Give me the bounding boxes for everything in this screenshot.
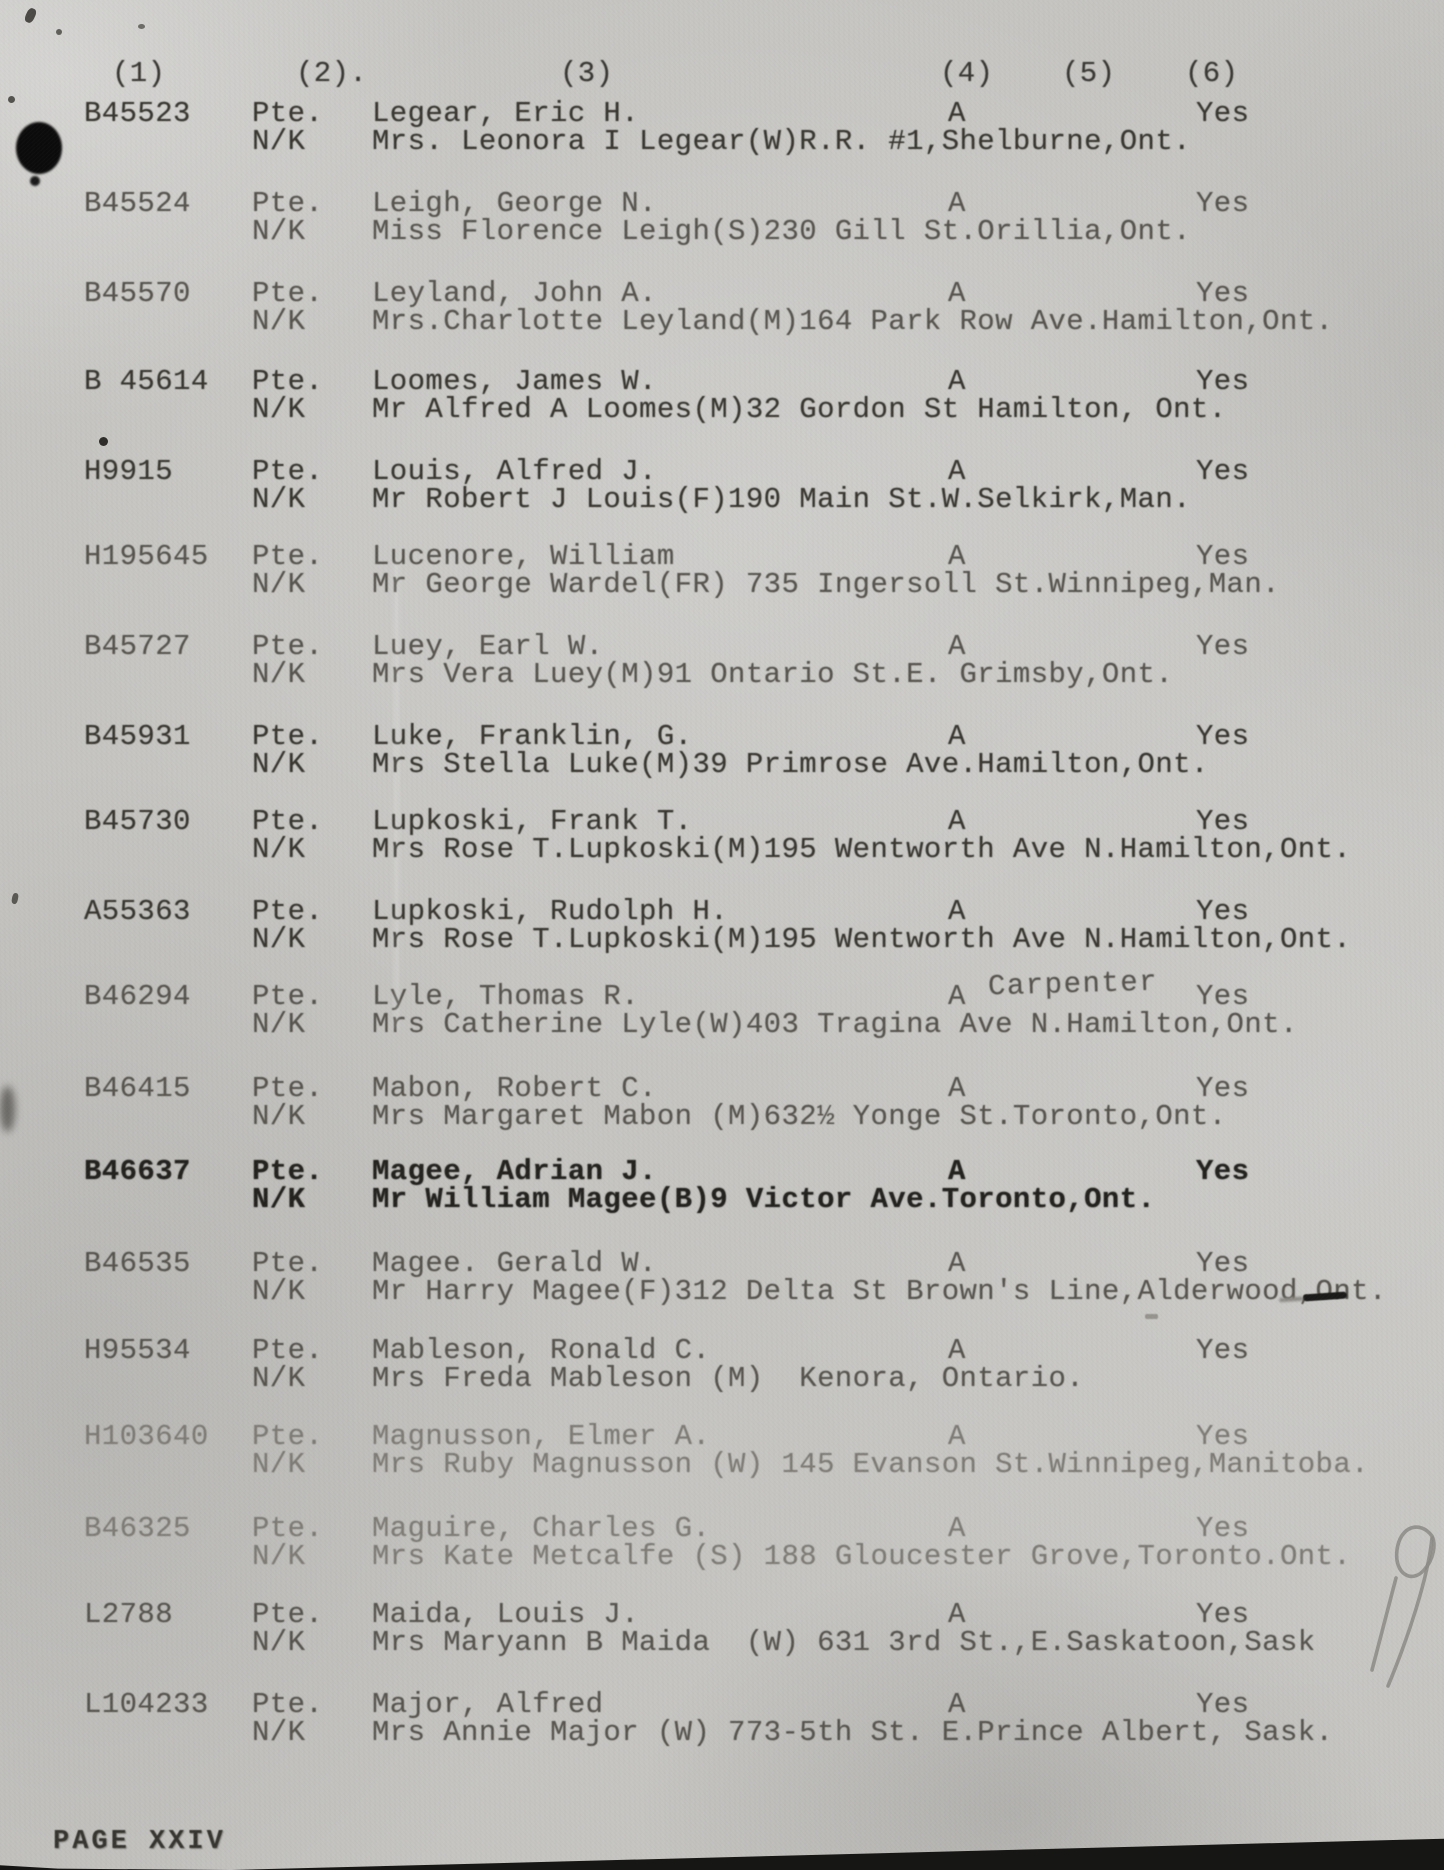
service-number: A55363: [84, 895, 191, 928]
nok-label: N/K: [252, 305, 305, 338]
nok-address: Mr Robert J Louis(F)190 Main St.W.Selkir…: [372, 483, 1191, 516]
nok-address: Mr Alfred A Loomes(M)32 Gordon St Hamilt…: [372, 393, 1227, 426]
nok-label: N/K: [252, 1275, 305, 1308]
roster-entry: A55363Pte.Lupkoski, Rudolph H.AYesN/KMrs…: [0, 895, 1444, 959]
paper-crease: [395, 560, 398, 1030]
nok-label: N/K: [252, 125, 305, 158]
nok-label: N/K: [252, 1008, 305, 1041]
overseas-flag: Yes: [1196, 1155, 1249, 1188]
service-number: B45523: [84, 97, 191, 130]
service-number: L104233: [84, 1688, 209, 1721]
nok-label: N/K: [252, 1716, 305, 1749]
pencil-speck: [1145, 1314, 1158, 1319]
roster-entry: L2788Pte.Maida, Louis J.AYesN/KMrs Marya…: [0, 1598, 1444, 1662]
ink-speck: [138, 24, 145, 29]
service-number: H9915: [84, 455, 173, 488]
ink-speck: [56, 29, 62, 35]
service-number: H195645: [84, 540, 209, 573]
roster-entry: B46294Pte.Lyle, Thomas R.ACarpenterYesN/…: [0, 980, 1444, 1044]
roster-entry: B45570Pte.Leyland, John A.AYesN/KMrs.Cha…: [0, 277, 1444, 341]
roster-entry: H95534Pte.Mableson, Ronald C.AYesN/KMrs …: [0, 1334, 1444, 1398]
nok-label: N/K: [252, 1362, 305, 1395]
roster-entry: B45730Pte.Lupkoski, Frank T.AYesN/KMrs R…: [0, 805, 1444, 869]
page-footer-stamp: PAGE XXIV: [53, 1827, 226, 1857]
service-number: H103640: [84, 1420, 209, 1453]
roster-entry: B45931Pte.Luke, Franklin, G.AYesN/KMrs S…: [0, 720, 1444, 784]
roster-entry: H103640Pte.Magnusson, Elmer A.AYesN/KMrs…: [0, 1420, 1444, 1484]
service-number: B45570: [84, 277, 191, 310]
service-number: B46637: [84, 1155, 191, 1188]
roster-entry: B46415Pte.Mabon, Robert C.AYesN/KMrs Mar…: [0, 1072, 1444, 1136]
nok-label: N/K: [252, 483, 305, 516]
ink-speck: [8, 96, 15, 103]
service-number: B46294: [84, 980, 191, 1013]
nok-address: Mrs Maryann B Maida (W) 631 3rd St.,E.Sa…: [372, 1626, 1316, 1659]
roster-entry: B46535Pte.Magee. Gerald W.AYesN/KMr Harr…: [0, 1247, 1444, 1311]
service-number: B46535: [84, 1247, 191, 1280]
service-number: B45730: [84, 805, 191, 838]
roster-rows: B45523Pte.Legear, Eric H.AYesN/KMrs. Leo…: [0, 0, 1444, 1870]
service-number: B45524: [84, 187, 191, 220]
service-number: L2788: [84, 1598, 173, 1631]
service-number: B45727: [84, 630, 191, 663]
roster-entry: B45523Pte.Legear, Eric H.AYesN/KMrs. Leo…: [0, 97, 1444, 161]
nok-label: N/K: [252, 748, 305, 781]
overseas-flag: Yes: [1196, 97, 1249, 130]
service-number: B46325: [84, 1512, 191, 1545]
nok-address: Mrs.Charlotte Leyland(M)164 Park Row Ave…: [372, 305, 1333, 338]
trade: Carpenter: [988, 966, 1159, 1004]
roster-entry: L104233Pte.Major, AlfredAYesN/KMrs Annie…: [0, 1688, 1444, 1752]
nok-address: Mrs Vera Luey(M)91 Ontario St.E. Grimsby…: [372, 658, 1173, 691]
overseas-flag: Yes: [1196, 1334, 1249, 1367]
nok-label: N/K: [252, 1626, 305, 1659]
roster-entry: B45727Pte.Luey, Earl W.AYesN/KMrs Vera L…: [0, 630, 1444, 694]
nok-address: Mr Harry Magee(F)312 Delta St Brown's Li…: [372, 1275, 1387, 1308]
roster-entry: B46637Pte.Magee, Adrian J.AYesN/KMr Will…: [0, 1155, 1444, 1219]
nok-address: Mrs Rose T.Lupkoski(M)195 Wentworth Ave …: [372, 833, 1351, 866]
nok-address: Mrs Rose T.Lupkoski(M)195 Wentworth Ave …: [372, 923, 1351, 956]
service-number: B45931: [84, 720, 191, 753]
nok-address: Mrs Margaret Mabon (M)632½ Yonge St.Toro…: [372, 1100, 1227, 1133]
roster-entry: B 45614Pte.Loomes, James W.AYesN/KMr Alf…: [0, 365, 1444, 429]
scan-smudge: [0, 1086, 15, 1132]
service-number: H95534: [84, 1334, 191, 1367]
overseas-flag: Yes: [1196, 630, 1249, 663]
roster-entry: H195645Pte.Lucenore, WilliamAYesN/KMr Ge…: [0, 540, 1444, 604]
nok-label: N/K: [252, 568, 305, 601]
nok-label: N/K: [252, 1540, 305, 1573]
nok-address: Mrs Stella Luke(M)39 Primrose Ave.Hamilt…: [372, 748, 1209, 781]
hole-punch-smudge: [30, 176, 40, 186]
nok-label: N/K: [252, 1100, 305, 1133]
roster-entry: H9915Pte.Louis, Alfred J.AYesN/KMr Rober…: [0, 455, 1444, 519]
nok-label: N/K: [252, 1183, 305, 1216]
service-number: B46415: [84, 1072, 191, 1105]
nok-address: Mrs Ruby Magnusson (W) 145 Evanson St.Wi…: [372, 1448, 1369, 1481]
nok-label: N/K: [252, 923, 305, 956]
ink-speck: [99, 437, 108, 446]
service-number: B 45614: [84, 365, 209, 398]
nok-address: Mrs. Leonora I Legear(W)R.R. #1,Shelburn…: [372, 125, 1191, 158]
overseas-flag: Yes: [1196, 455, 1249, 488]
nok-address: Mrs Kate Metcalfe (S) 188 Gloucester Gro…: [372, 1540, 1351, 1573]
nok-address: Mrs Freda Mableson (M) Kenora, Ontario.: [372, 1362, 1084, 1395]
handwritten-page-number: 19: [1358, 1516, 1444, 1696]
nok-address: Miss Florence Leigh(S)230 Gill St.Orilli…: [372, 215, 1191, 248]
nok-address: Mr George Wardel(FR) 735 Ingersoll St.Wi…: [372, 568, 1280, 601]
nok-address: Mrs Catherine Lyle(W)403 Tragina Ave N.H…: [372, 1008, 1298, 1041]
hole-punch-mark: [16, 122, 62, 174]
nok-label: N/K: [252, 393, 305, 426]
nok-address: Mr William Magee(B)9 Victor Ave.Toronto,…: [372, 1183, 1155, 1216]
document-page: (1) (2). (3) (4) (5) (6) B45523Pte.Legea…: [0, 0, 1444, 1870]
nok-address: Mrs Annie Major (W) 773-5th St. E.Prince…: [372, 1716, 1333, 1749]
roster-entry: B45524Pte.Leigh, George N.AYesN/KMiss Fl…: [0, 187, 1444, 251]
nok-label: N/K: [252, 833, 305, 866]
nok-label: N/K: [252, 1448, 305, 1481]
nok-label: N/K: [252, 215, 305, 248]
overseas-flag: Yes: [1196, 187, 1249, 220]
roster-entry: B46325Pte.Maguire, Charles G.AYesN/KMrs …: [0, 1512, 1444, 1576]
nok-label: N/K: [252, 658, 305, 691]
